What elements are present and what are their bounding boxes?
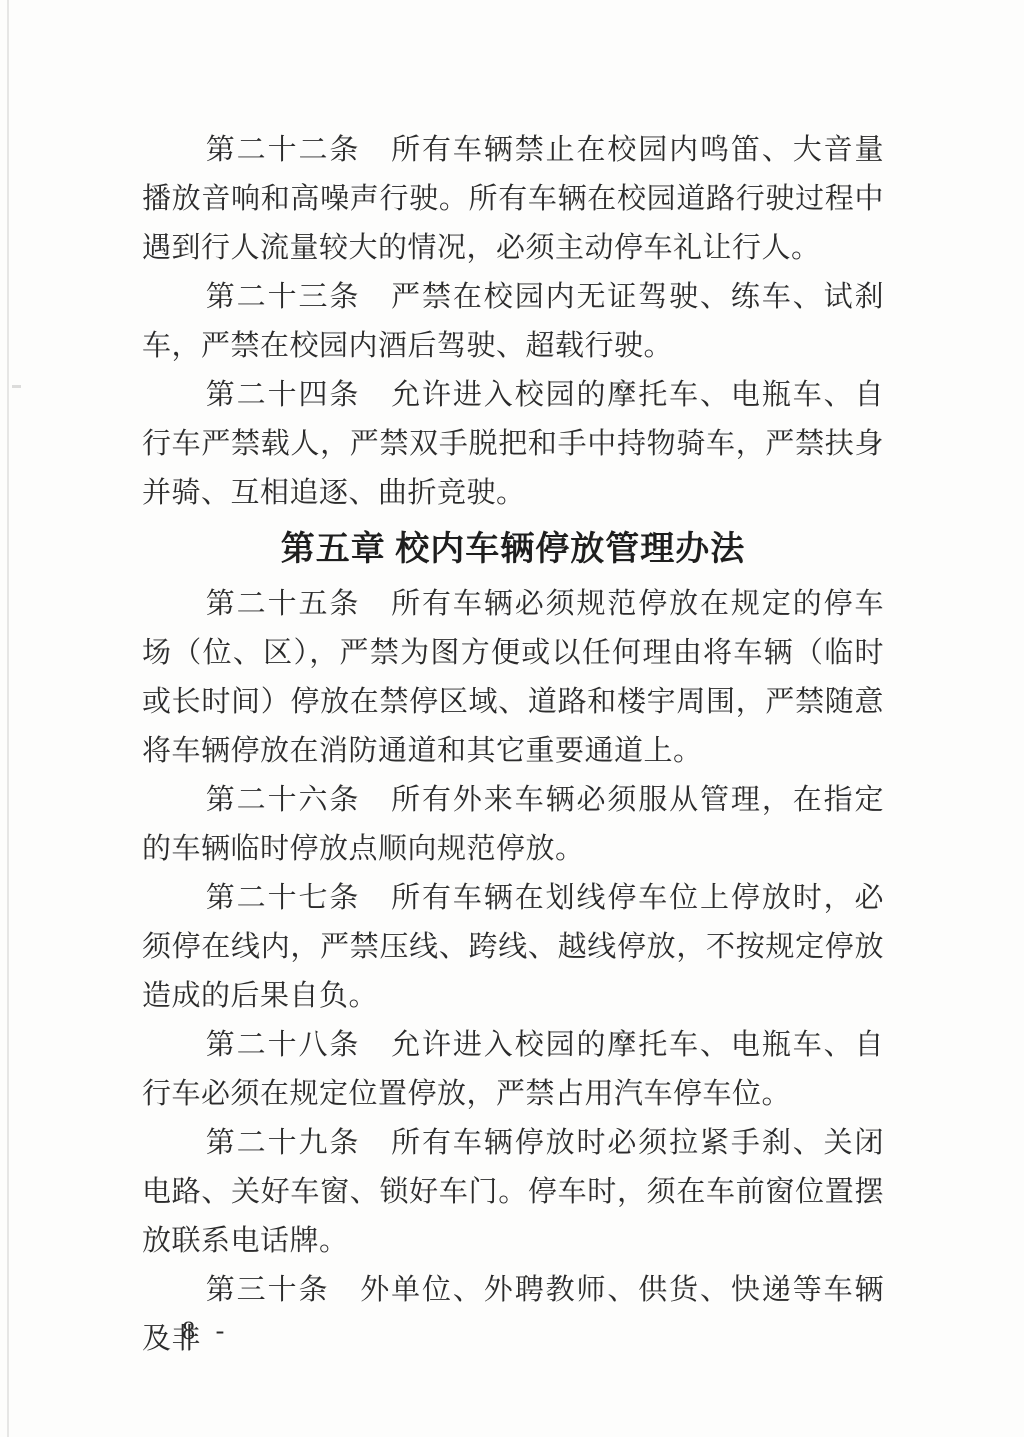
scan-artifact-dash <box>12 385 21 388</box>
document-paragraph: 第二十二条 所有车辆禁止在校园内鸣笛、大音量播放音响和高噪声行驶。所有车辆在校园… <box>142 126 884 273</box>
page-number: - 8 - <box>153 1316 231 1346</box>
document-paragraph: 第二十六条 所有外来车辆必须服从管理，在指定的车辆临时停放点顺向规范停放。 <box>142 776 884 874</box>
document-paragraph: 第三十条 外单位、外聘教师、供货、快递等车辆及非 <box>142 1266 884 1364</box>
document-page: 第二十二条 所有车辆禁止在校园内鸣笛、大音量播放音响和高噪声行驶。所有车辆在校园… <box>0 0 1024 1437</box>
document-paragraph: 第二十三条 严禁在校园内无证驾驶、练车、试刹车，严禁在校园内酒后驾驶、超载行驶。 <box>142 273 884 371</box>
document-body: 第二十二条 所有车辆禁止在校园内鸣笛、大音量播放音响和高噪声行驶。所有车辆在校园… <box>142 126 884 1364</box>
document-paragraph: 第二十七条 所有车辆在划线停车位上停放时，必须停在线内，严禁压线、跨线、越线停放… <box>142 874 884 1021</box>
document-paragraph: 第二十九条 所有车辆停放时必须拉紧手刹、关闭电路、关好车窗、锁好车门。停车时，须… <box>142 1119 884 1266</box>
document-paragraph: 第二十八条 允许进入校园的摩托车、电瓶车、自行车必须在规定位置停放，严禁占用汽车… <box>142 1021 884 1119</box>
document-paragraph: 第二十五条 所有车辆必须规范停放在规定的停车场（位、区），严禁为图方便或以任何理… <box>142 580 884 776</box>
chapter-heading: 第五章 校内车辆停放管理办法 <box>142 524 884 576</box>
document-paragraph: 第二十四条 允许进入校园的摩托车、电瓶车、自行车严禁载人，严禁双手脱把和手中持物… <box>142 371 884 518</box>
scan-artifact-left-edge <box>7 0 9 1437</box>
